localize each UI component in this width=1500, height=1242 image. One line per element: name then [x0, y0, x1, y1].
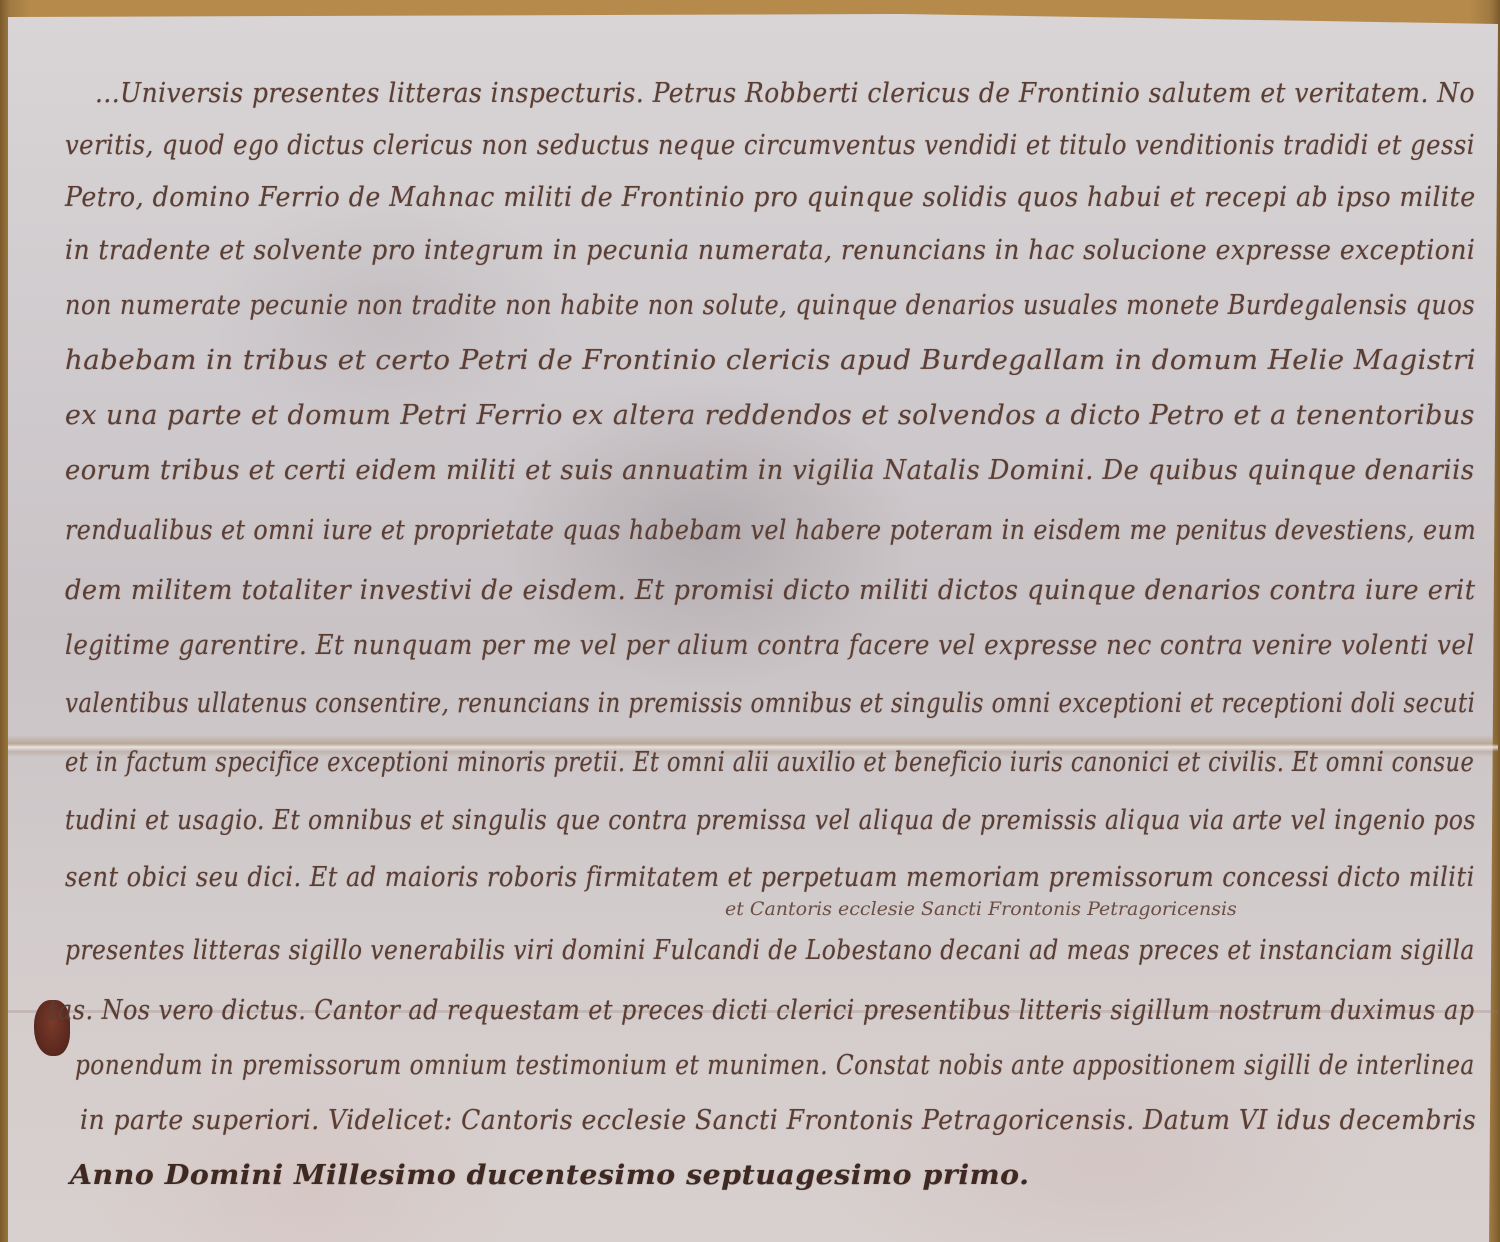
charter-line-12: valentibus ullatenus consentire, renunci…: [65, 688, 1475, 719]
charter-line-9: rendualibus et omni iure et proprietate …: [65, 515, 1476, 546]
charter-line-17: tas. Nos vero dictus. Cantor ad requesta…: [48, 995, 1474, 1026]
charter-line-13: et in factum specifice exceptioni minori…: [65, 747, 1474, 778]
charter-line-3: Petro, domino Ferrio de Mahnac militi de…: [65, 182, 1476, 213]
charter-line-6: habebam in tribus et certo Petri de Fron…: [65, 345, 1476, 376]
charter-line-1: ...Universis presentes litteras inspectu…: [95, 78, 1475, 109]
interlinear-annotation: et Cantoris ecclesie Sancti Frontonis Pe…: [725, 898, 1237, 920]
charter-line-14: tudini et usagio. Et omnibus et singulis…: [65, 805, 1476, 836]
charter-line-19: in parte superiori. Videlicet: Cantoris …: [80, 1105, 1476, 1136]
charter-line-20: Anno Domini Millesimo ducentesimo septua…: [70, 1160, 1030, 1191]
charter-line-4: in tradente et solvente pro integrum in …: [65, 235, 1475, 266]
charter-line-5: non numerate pecunie non tradite non hab…: [65, 290, 1475, 321]
charter-line-11: legitime garentire. Et nunquam per me ve…: [65, 630, 1475, 661]
charter-line-8: eorum tribus et certi eidem militi et su…: [65, 455, 1475, 486]
charter-line-15: sent obici seu dici. Et ad maioris robor…: [65, 862, 1475, 893]
charter-line-7: ex una parte et domum Petri Ferrio ex al…: [65, 400, 1475, 431]
charter-line-10: dem militem totaliter investivi de eisde…: [65, 575, 1475, 606]
charter-line-2: veritis, quod ego dictus clericus non se…: [65, 130, 1475, 161]
charter-line-16: presentes litteras sigillo venerabilis v…: [65, 935, 1475, 966]
charter-line-18: ponendum in premissorum omnium testimoni…: [75, 1050, 1475, 1081]
